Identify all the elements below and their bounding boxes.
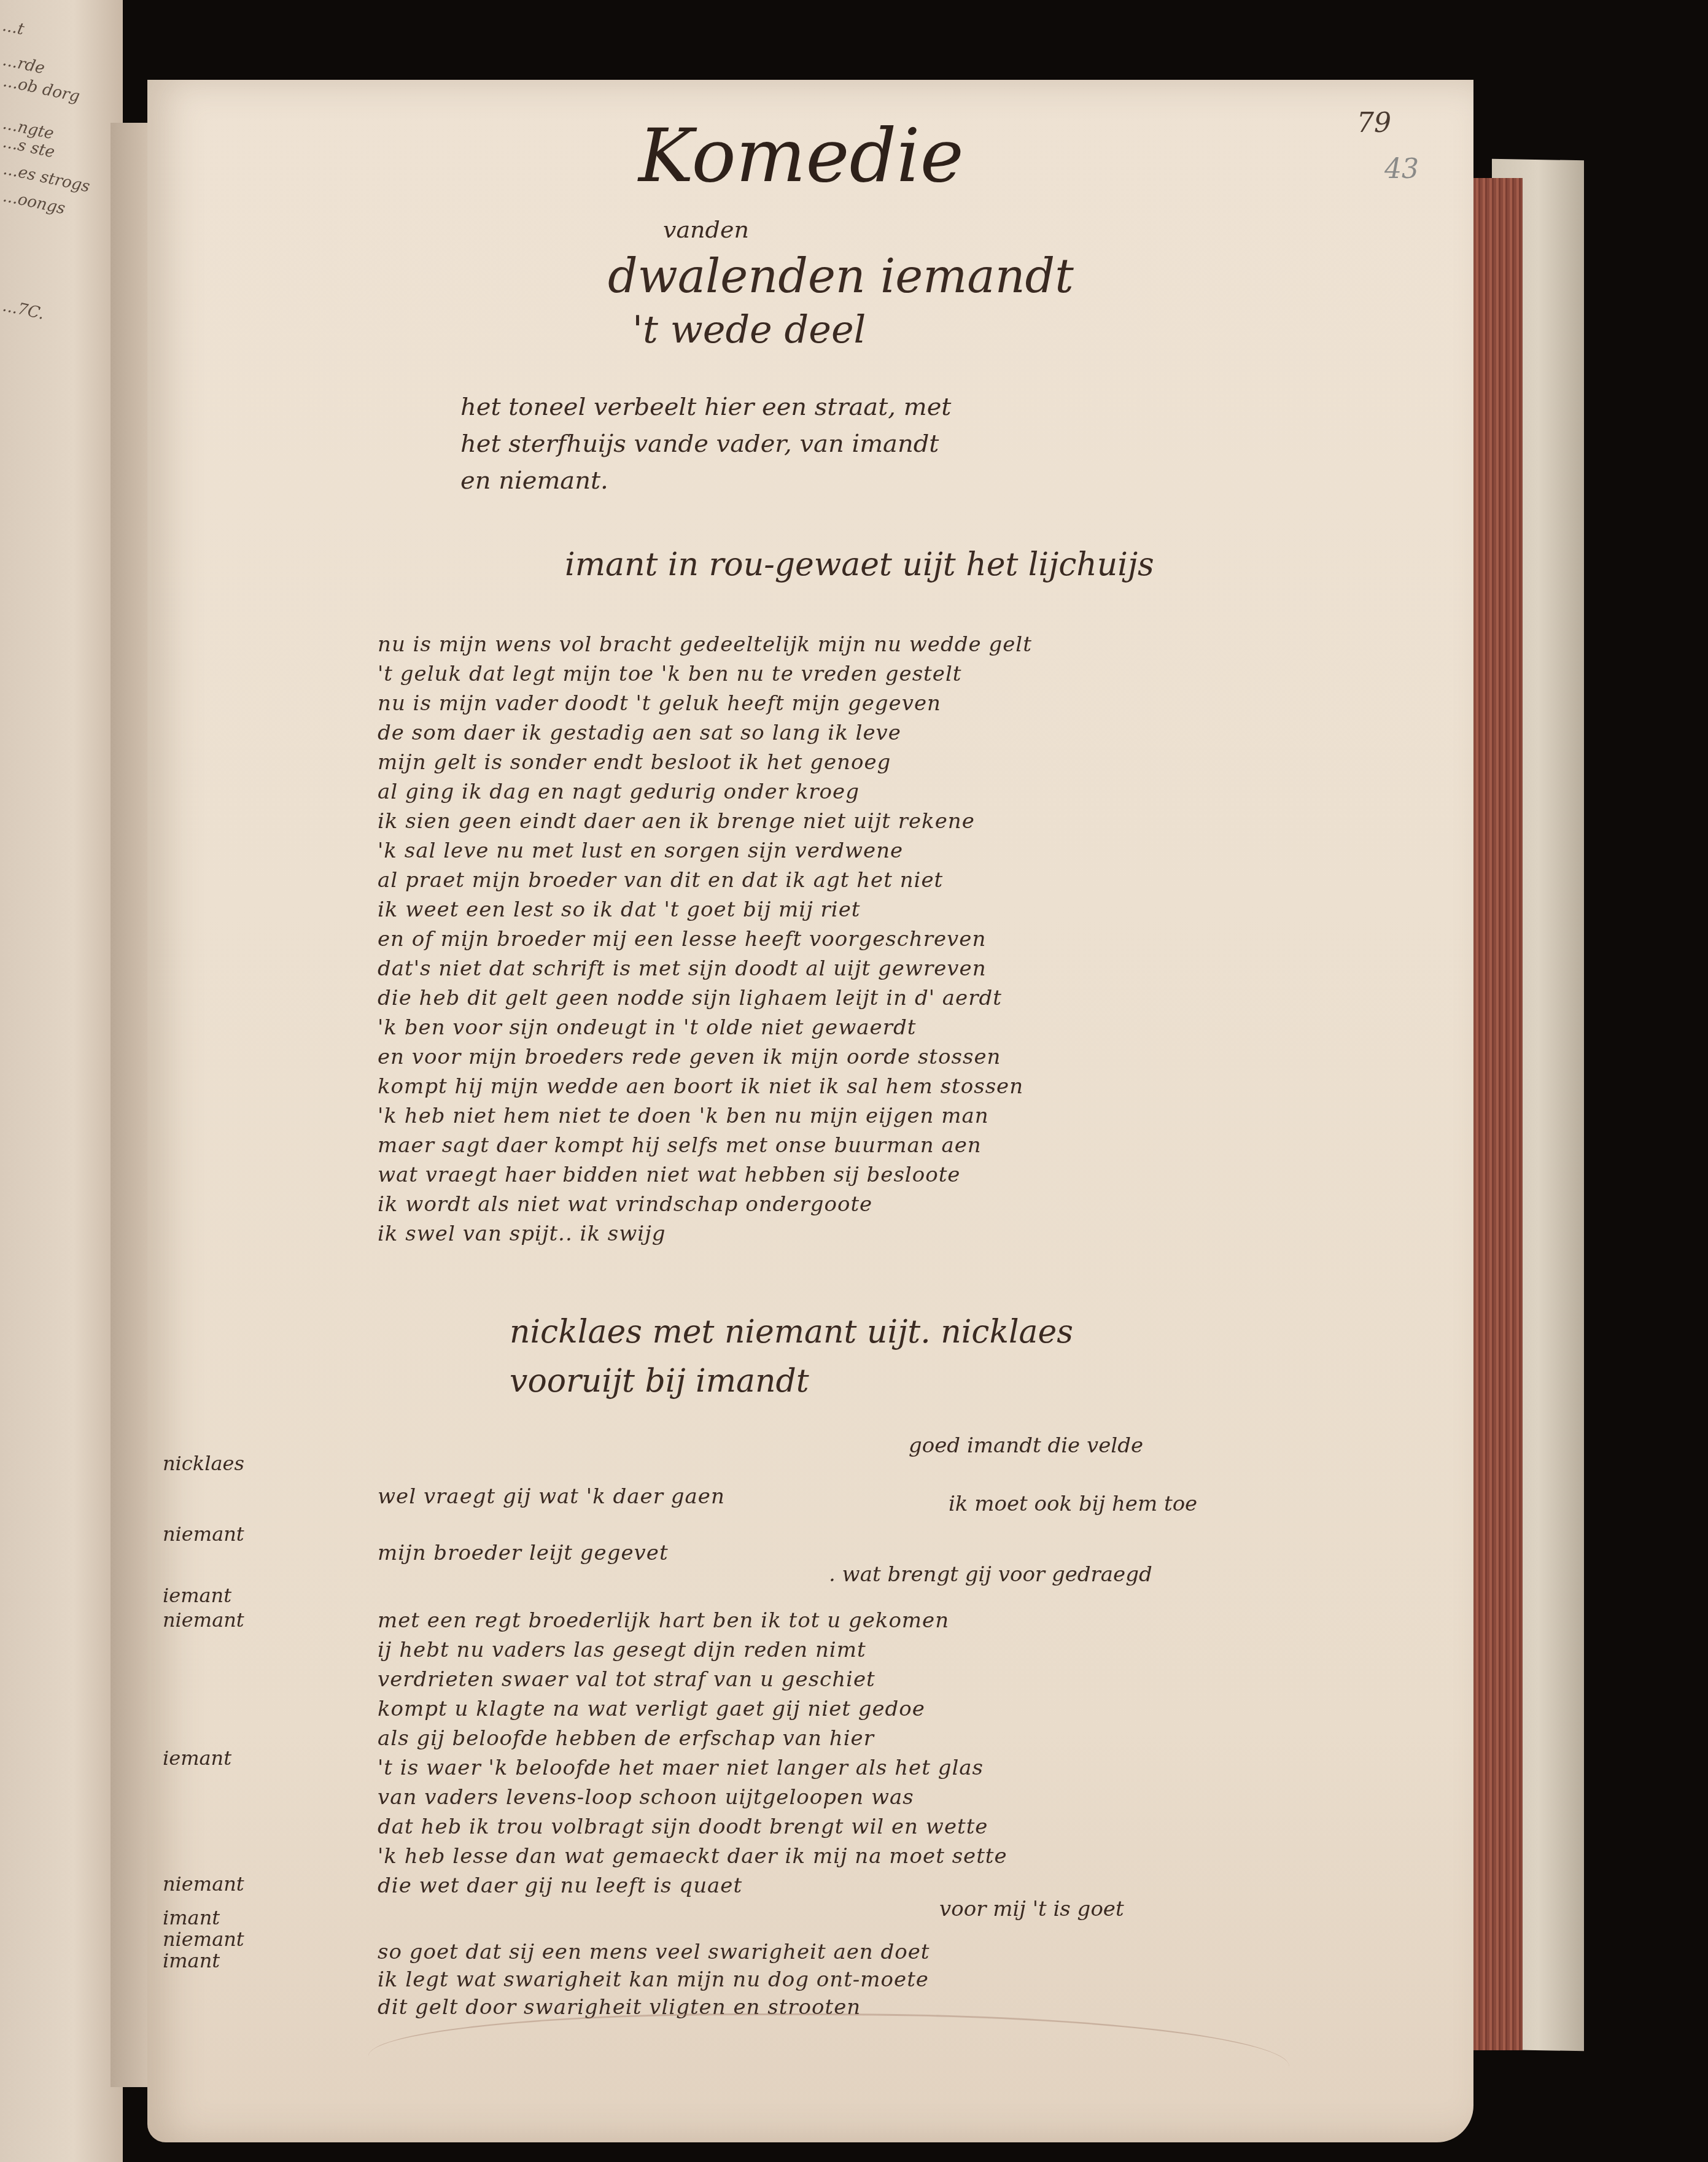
folio-number: 79	[1357, 107, 1391, 139]
speaker-name: niemant	[163, 1928, 244, 1951]
stage-direction-line: het sterfhuijs vande vader, van imandt	[460, 430, 939, 458]
scene-heading: vooruijt bij imandt	[510, 1363, 809, 1400]
dialogue-line: 'k heb lesse dan wat gemaeckt daer ik mi…	[378, 1844, 1007, 1869]
dialogue-line: ik legt wat swarigheit kan mijn nu dog o…	[378, 1967, 929, 1992]
dialogue-line: van vaders levens-loop schoon uijtgeloop…	[378, 1785, 914, 1810]
verse-line: ik sien geen eindt daer aen ik brenge ni…	[378, 809, 975, 834]
page-edges	[1473, 178, 1523, 2050]
speaker-name: niemant	[163, 1522, 244, 1546]
speaker-name: iemant	[163, 1584, 231, 1607]
verse-line: die heb dit gelt geen nodde sijn lighaem…	[378, 986, 1002, 1010]
verse-line: ik swel van spijt.. ik swijg	[378, 1222, 666, 1246]
title-line-2: dwalenden iemandt	[608, 249, 1074, 303]
dialogue-line: 't is waer 'k beloofde het maer niet lan…	[378, 1756, 984, 1780]
verse-line: 'k ben voor sijn ondeugt in 't olde niet…	[378, 1015, 916, 1040]
speaker-name: iemant	[163, 1746, 231, 1770]
speaker-name: imant	[163, 1949, 220, 1972]
verse-line: nu is mijn vader doodt 't geluk heeft mi…	[378, 691, 941, 716]
dialogue-line: verdrieten swaer val tot straf van u ges…	[378, 1667, 875, 1692]
left-page-fragment: ...oongs	[1, 187, 67, 219]
title-line-3: 't wede deel	[632, 307, 866, 352]
title-connector: vanden	[663, 216, 749, 243]
folio-number-pencil: 43	[1384, 153, 1419, 185]
verse-line: kompt hij mijn wedde aen boort ik niet i…	[378, 1074, 1023, 1099]
previous-page: ...t ...rde ...ob dorg ...ngte ...s ste …	[0, 0, 123, 2162]
stage-direction-line: en niemant.	[460, 467, 608, 495]
verse-line: en voor mijn broeders rede geven ik mijn…	[378, 1045, 1001, 1069]
verse-line: al praet mijn broeder van dit en dat ik …	[378, 868, 943, 893]
left-page-fragment: ...7C.	[1, 296, 46, 324]
speaker-name: nicklaes	[163, 1452, 244, 1475]
verse-line: 'k heb niet hem niet te doen 'k ben nu m…	[378, 1104, 989, 1128]
dialogue-line: so goet dat sij een mens veel swarigheit…	[378, 1940, 930, 1964]
verse-line: ik weet een lest so ik dat 't goet bij m…	[378, 897, 860, 922]
verse-line: nu is mijn wens vol bracht gedeeltelijk …	[378, 632, 1032, 657]
verse-line: ik wordt als niet wat vrindschap ondergo…	[378, 1192, 872, 1217]
verse-line: wat vraegt haer bidden niet wat hebben s…	[378, 1163, 960, 1187]
dialogue-line: dat heb ik trou volbragt sijn doodt bren…	[378, 1815, 988, 1839]
dialogue-line: wel vraegt gij wat 'k daer gaen	[378, 1484, 725, 1509]
dialogue-aside: . wat brengt gij voor gedraegd	[829, 1562, 1152, 1587]
speaker-name: niemant	[163, 1872, 244, 1896]
verse-line: maer sagt daer kompt hij selfs met onse …	[378, 1133, 982, 1158]
speaker-name: imant	[163, 1906, 220, 1929]
verse-line: de som daer ik gestadig aen sat so lang …	[378, 721, 901, 745]
verse-line: en of mijn broeder mij een lesse heeft v…	[378, 927, 986, 951]
dialogue-line: kompt u klagte na wat verligt gaet gij n…	[378, 1697, 925, 1721]
verse-line: 't geluk dat legt mijn toe 'k ben nu te …	[378, 662, 961, 686]
stage-direction-line: het toneel verbeelt hier een straat, met	[460, 393, 951, 421]
speaker-name: niemant	[163, 1608, 244, 1632]
verse-line: dat's niet dat schrift is met sijn doodt…	[378, 956, 987, 981]
verse-line: mijn gelt is sonder endt besloot ik het …	[378, 750, 891, 775]
left-page-fragment: ...t	[1, 17, 26, 39]
dialogue-aside: voor mij 't is goet	[939, 1897, 1124, 1921]
page-title: Komedie	[639, 114, 964, 199]
dialogue-line: als gij beloofde hebben de erfschap van …	[378, 1726, 874, 1751]
dialogue-aside: ik moet ook bij hem toe	[949, 1492, 1197, 1516]
verse-line: 'k sal leve nu met lust en sorgen sijn v…	[378, 839, 903, 863]
dialogue-aside: goed imandt die velde	[909, 1433, 1143, 1458]
verse-line: al ging ik dag en nagt gedurig onder kro…	[378, 780, 860, 804]
water-stain	[368, 2013, 1289, 2120]
dialogue-line: die wet daer gij nu leeft is quaet	[378, 1873, 742, 1898]
scene-heading: imant in rou-gewaet uijt het lijchuijs	[565, 546, 1154, 583]
dialogue-line: met een regt broederlijk hart ben ik tot…	[378, 1608, 949, 1633]
dialogue-line: ij hebt nu vaders las gesegt dijn reden …	[378, 1638, 866, 1662]
scene-heading: nicklaes met niemant uijt. nicklaes	[510, 1314, 1073, 1350]
dialogue-line: mijn broeder leijt gegevet	[378, 1541, 669, 1565]
